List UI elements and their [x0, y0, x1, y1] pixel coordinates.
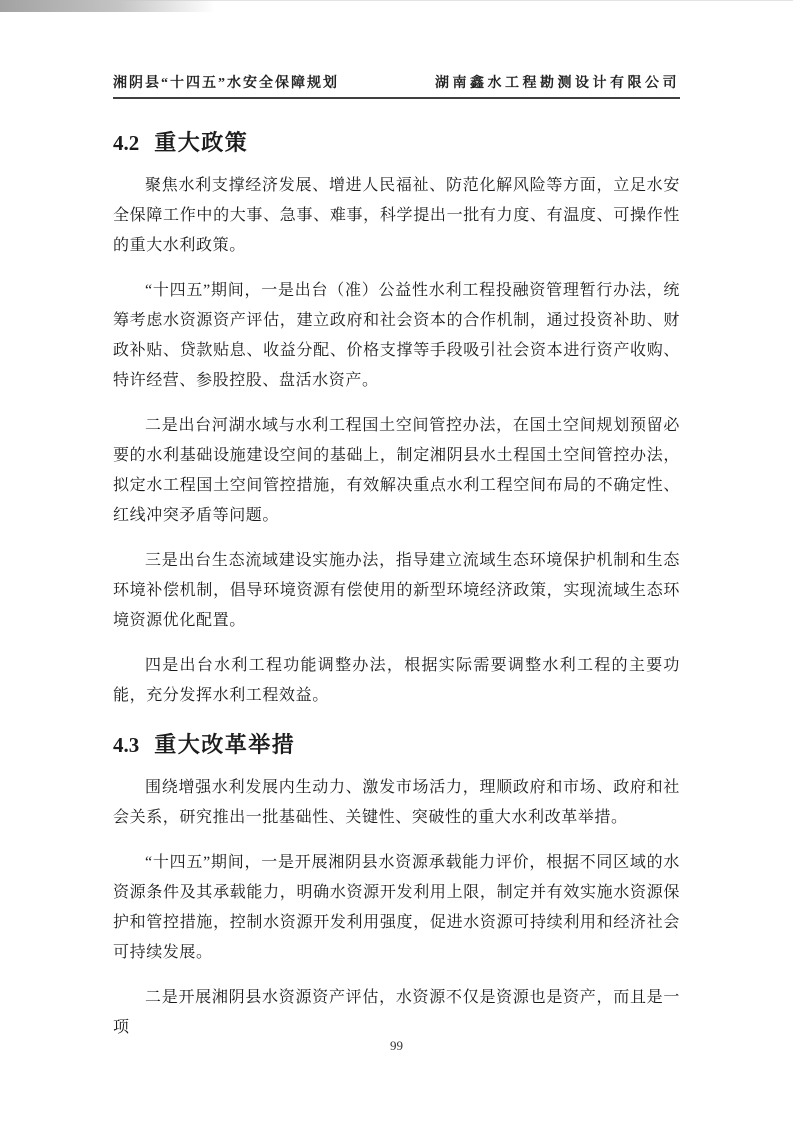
paragraph: 三是出台生态流域建设实施办法，指导建立流域生态环境保护机制和生态环境补偿机制，倡…	[113, 546, 680, 636]
page-content: 湘阴县“十四五”水安全保障规划 湖南鑫水工程勘测设计有限公司 4.2 重大政策 …	[113, 72, 680, 1058]
section-heading-4-3: 4.3 重大改革举措	[113, 732, 680, 758]
header-left-title: 湘阴县“十四五”水安全保障规划	[113, 72, 339, 92]
section-title: 重大政策	[154, 130, 248, 156]
paragraph: 围绕增强水利发展内生动力、激发市场活力，理顺政府和市场、政府和社会关系，研究推出…	[113, 773, 680, 833]
paragraph: 四是出台水利工程功能调整办法，根据实际需要调整水利工程的主要功能，充分发挥水利工…	[113, 651, 680, 711]
paragraph: 二是出台河湖水域与水利工程国土空间管控办法，在国土空间规划预留必要的水利基础设施…	[113, 411, 680, 531]
document-page: 湘阴县“十四五”水安全保障规划 湖南鑫水工程勘测设计有限公司 4.2 重大政策 …	[0, 0, 793, 1122]
section-title: 重大改革举措	[154, 732, 295, 758]
header-right-company: 湖南鑫水工程勘测设计有限公司	[435, 72, 680, 92]
page-number: 99	[0, 1038, 793, 1054]
section-number: 4.3	[113, 732, 139, 758]
paragraph: 聚焦水利支撑经济发展、增进人民福祉、防范化解风险等方面，立足水安全保障工作中的大…	[113, 171, 680, 261]
paragraph: “十四五”期间，一是出台（准）公益性水利工程投融资管理暂行办法，统筹考虑水资源资…	[113, 276, 680, 396]
page-header: 湘阴县“十四五”水安全保障规划 湖南鑫水工程勘测设计有限公司	[113, 72, 680, 99]
paragraph: 二是开展湘阴县水资源资产评估，水资源不仅是资源也是资产，而且是一项	[113, 983, 680, 1043]
section-number: 4.2	[113, 130, 139, 156]
scan-shadow	[0, 0, 215, 12]
paragraph: “十四五”期间，一是开展湘阴县水资源承载能力评价，根据不同区域的水资源条件及其承…	[113, 848, 680, 968]
section-heading-4-2: 4.2 重大政策	[113, 130, 680, 156]
